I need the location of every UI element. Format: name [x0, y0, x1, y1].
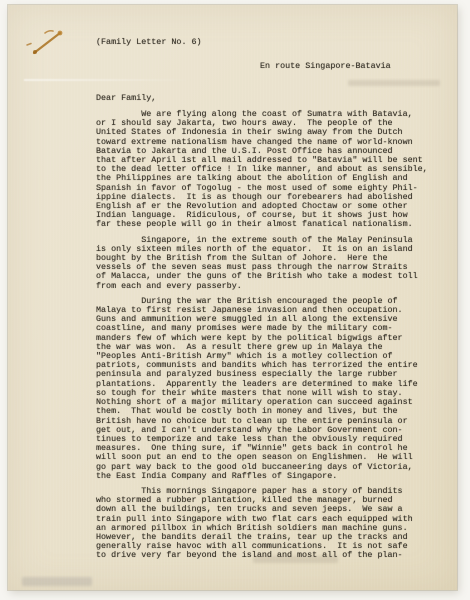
- paragraph-flight-jakarta: We are flying along the coast of Sumatra…: [96, 110, 448, 230]
- paragraph-singapore-equator: Singapore, in the extreme south of the M…: [96, 236, 448, 291]
- bleed-through-smudge: [348, 80, 440, 86]
- bleed-through-smudge: [22, 577, 92, 586]
- letter-body: We are flying along the coast of Sumatra…: [96, 110, 448, 561]
- paragraph-bandits-news: This mornings Singapore paper has a stor…: [96, 487, 448, 561]
- salutation: Dear Family,: [96, 94, 156, 103]
- bleed-through-smudge: [253, 556, 338, 563]
- rust-stain-icon: [20, 19, 80, 69]
- letter-number: (Family Letter No. 6): [96, 38, 202, 47]
- paper-crease: [24, 79, 194, 81]
- photo-background: (Family Letter No. 6) En route Singapore…: [0, 0, 470, 600]
- route-line: En route Singapore-Batavia: [260, 62, 391, 71]
- letter-page: (Family Letter No. 6) En route Singapore…: [8, 5, 457, 590]
- paragraph-malaya-war: During the war the British encouraged th…: [96, 297, 448, 481]
